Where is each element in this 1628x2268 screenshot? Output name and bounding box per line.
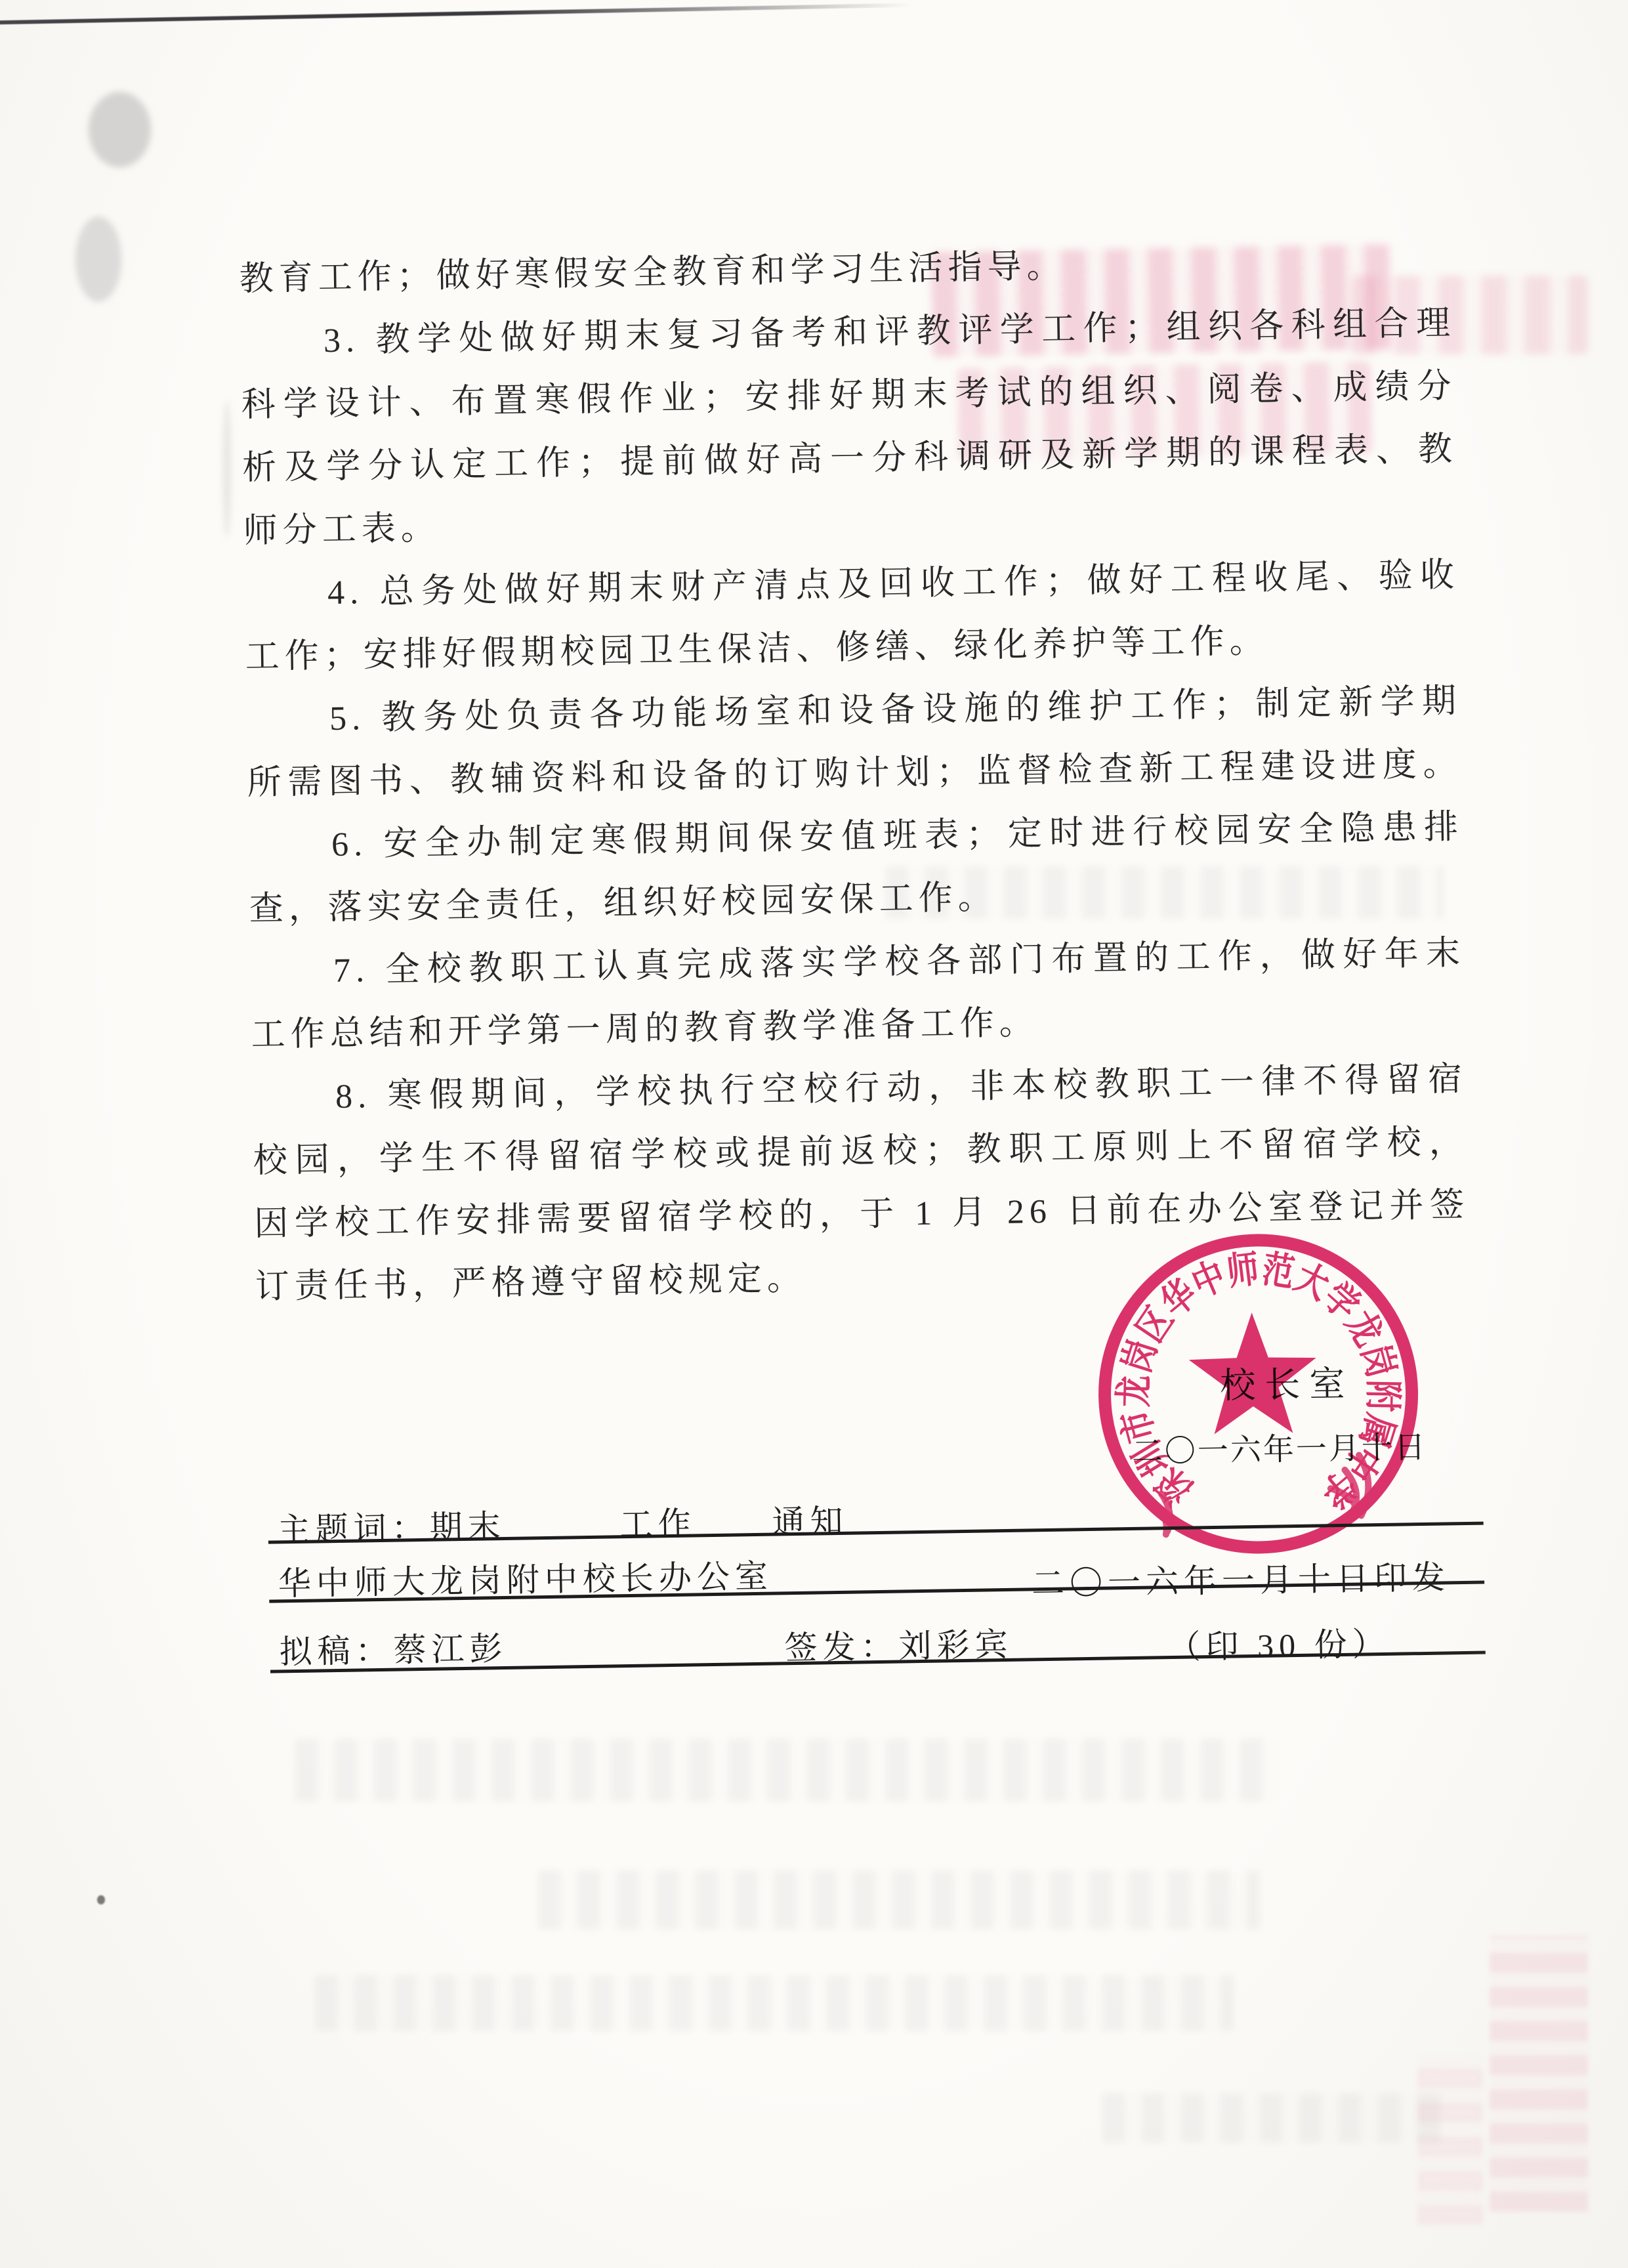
footer-drafter: 拟稿：蔡江彭 — [279, 1622, 508, 1673]
seal-star — [1188, 1312, 1318, 1435]
scanned-document-page: 教育工作；做好寒假安全教育和学习生活指导。 3. 教学处做好期末复习备考和评教评… — [0, 0, 1628, 2268]
official-seal: 深圳市龙岗区华中师范大学龙岗附属中学 — [1085, 1221, 1432, 1567]
footer-issue-date: 二〇一六年一月十日印发 — [1031, 1551, 1450, 1605]
footer-copies-count: （印 30 份） — [1167, 1618, 1390, 1668]
footer-subject-row: 主题词：期末 工作 通知 — [277, 1495, 848, 1551]
document-content: 教育工作；做好寒假安全教育和学习生活指导。 3. 教学处做好期末复习备考和评教评… — [0, 0, 1628, 2268]
